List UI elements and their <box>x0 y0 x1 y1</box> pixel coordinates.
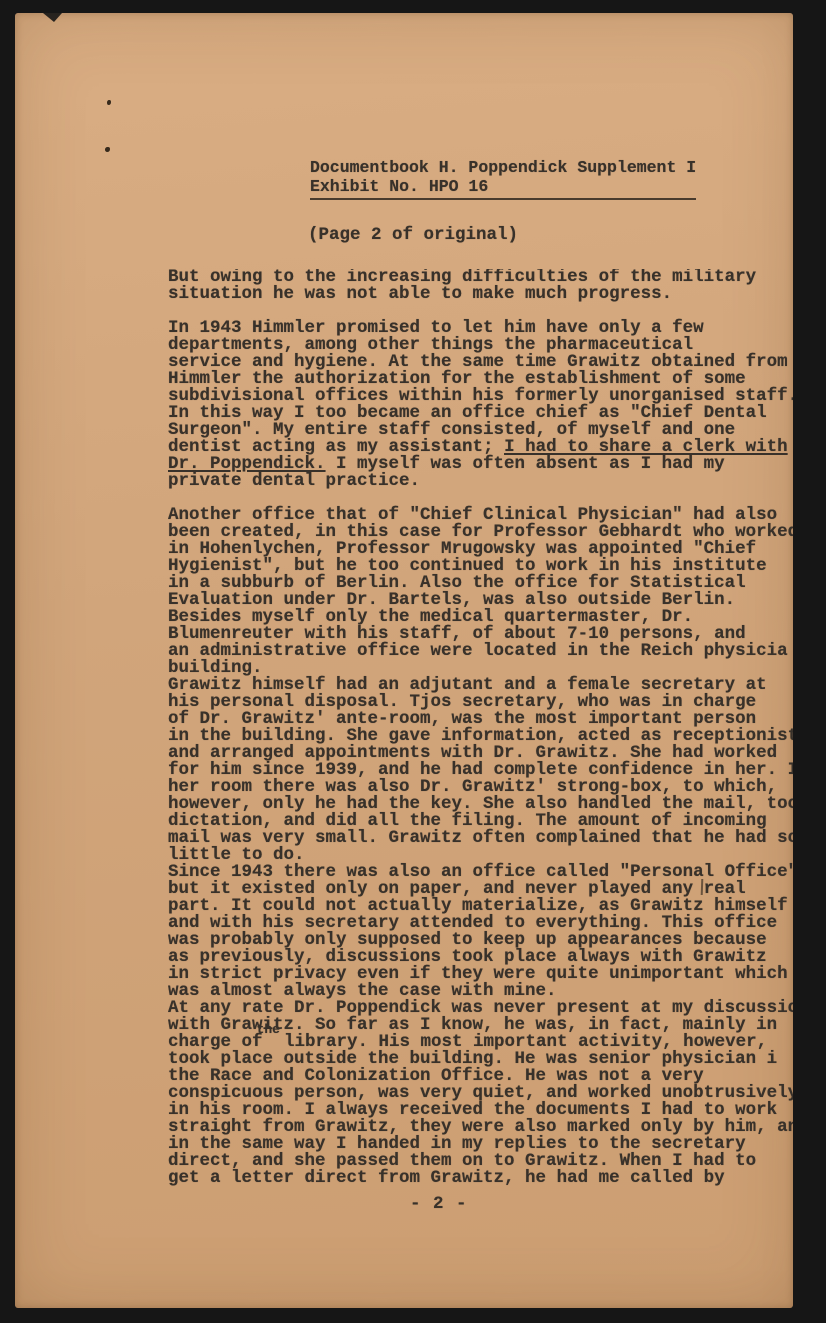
header-exhibit-number: Exhibit No. HPO 16 <box>310 177 696 196</box>
scan-background: Documentbook H. Poppendick Supplement I … <box>0 0 826 1323</box>
document-header: Documentbook H. Poppendick Supplement I … <box>310 158 696 200</box>
page-number: - 2 - <box>410 1195 468 1213</box>
body-text: But owing to the increasing difficulties… <box>168 269 793 1187</box>
document-page: Documentbook H. Poppendick Supplement I … <box>15 13 793 1308</box>
paper-corner-notch <box>43 13 62 22</box>
text-line: private dental practice. <box>168 473 793 490</box>
text-line: get a letter direct from Grawitz, he had… <box>168 1170 793 1187</box>
header-title: Documentbook H. Poppendick Supplement I <box>310 158 696 177</box>
text-line: situation he was not able to make much p… <box>168 286 793 303</box>
page-note: (Page 2 of original) <box>308 226 793 244</box>
inserted-word: the <box>257 1021 280 1038</box>
